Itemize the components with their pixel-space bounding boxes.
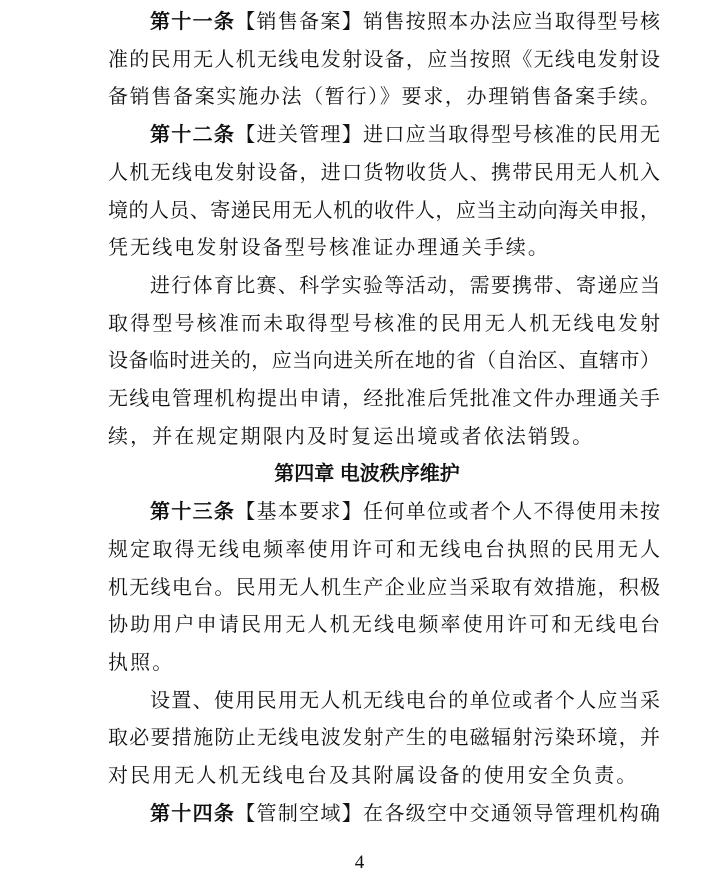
article-label: 【销售备案】 xyxy=(235,11,363,33)
article-label: 【基本要求】 xyxy=(235,501,363,523)
article-number: 第十一条 xyxy=(150,11,235,33)
text-line: 进行体育比赛、科学实验等活动，需要携带、寄递应当 xyxy=(108,268,660,306)
text-line: 备销售备案实施办法（暂行）》要求，办理销售备案手续。 xyxy=(108,79,660,117)
text-line: 第十四条【管制空域】在各级空中交通领导管理机构确 xyxy=(108,796,660,834)
document-body: 第十一条【销售备案】销售按照本办法应当取得型号核准的民用无人机无线电发射设备，应… xyxy=(108,4,660,833)
text-line: 第十三条【基本要求】任何单位或者个人不得使用未按 xyxy=(108,494,660,532)
text-line: 续，并在规定期限内及时复运出境或者依法销毁。 xyxy=(108,419,660,457)
article-number: 第十四条 xyxy=(150,803,235,825)
page-number: 4 xyxy=(0,852,719,874)
text-line: 规定取得无线电频率使用许可和无线电台执照的民用无人 xyxy=(108,532,660,570)
document-page: 第十一条【销售备案】销售按照本办法应当取得型号核准的民用无人机无线电发射设备，应… xyxy=(0,0,719,894)
text-line: 设备临时进关的，应当向进关所在地的省（自治区、直辖市） xyxy=(108,343,660,381)
paragraph: 第十一条【销售备案】销售按照本办法应当取得型号核准的民用无人机无线电发射设备，应… xyxy=(108,4,660,117)
text-line: 对民用无人机无线电台及其附属设备的使用安全负责。 xyxy=(108,758,660,796)
paragraph: 进行体育比赛、科学实验等活动，需要携带、寄递应当取得型号核准而未取得型号核准的民… xyxy=(108,268,660,457)
text-line: 凭无线电发射设备型号核准证办理通关手续。 xyxy=(108,230,660,268)
article-number: 第十二条 xyxy=(150,124,235,146)
chapter-heading: 第四章 电波秩序维护 xyxy=(91,456,643,494)
paragraph: 第十四条【管制空域】在各级空中交通领导管理机构确 xyxy=(108,796,660,834)
text-line: 设置、使用民用无人机无线电台的单位或者个人应当采 xyxy=(108,683,660,721)
text-line: 第十一条【销售备案】销售按照本办法应当取得型号核 xyxy=(108,4,660,42)
text-line: 境的人员、寄递民用无人机的收件人，应当主动向海关申报， xyxy=(108,193,660,231)
text-line: 取得型号核准而未取得型号核准的民用无人机无线电发射 xyxy=(108,306,660,344)
paragraph: 设置、使用民用无人机无线电台的单位或者个人应当采取必要措施防止无线电波发射产生的… xyxy=(108,683,660,796)
text-line: 取必要措施防止无线电波发射产生的电磁辐射污染环境，并 xyxy=(108,720,660,758)
paragraph: 第十三条【基本要求】任何单位或者个人不得使用未按规定取得无线电频率使用许可和无线… xyxy=(108,494,660,683)
text-line: 执照。 xyxy=(108,645,660,683)
article-number: 第十三条 xyxy=(150,501,235,523)
article-label: 【管制空域】 xyxy=(235,803,363,825)
text-line: 人机无线电发射设备，进口货物收货人、携带民用无人机入 xyxy=(108,155,660,193)
article-label: 【进关管理】 xyxy=(235,124,363,146)
text-line: 第十二条【进关管理】进口应当取得型号核准的民用无 xyxy=(108,117,660,155)
text-line: 无线电管理机构提出申请，经批准后凭批准文件办理通关手 xyxy=(108,381,660,419)
paragraph: 第十二条【进关管理】进口应当取得型号核准的民用无人机无线电发射设备，进口货物收货… xyxy=(108,117,660,268)
text-line: 机无线电台。民用无人机生产企业应当采取有效措施，积极 xyxy=(108,570,660,608)
text-line: 协助用户申请民用无人机无线电频率使用许可和无线电台 xyxy=(108,607,660,645)
text-line: 准的民用无人机无线电发射设备，应当按照《无线电发射设 xyxy=(108,42,660,80)
